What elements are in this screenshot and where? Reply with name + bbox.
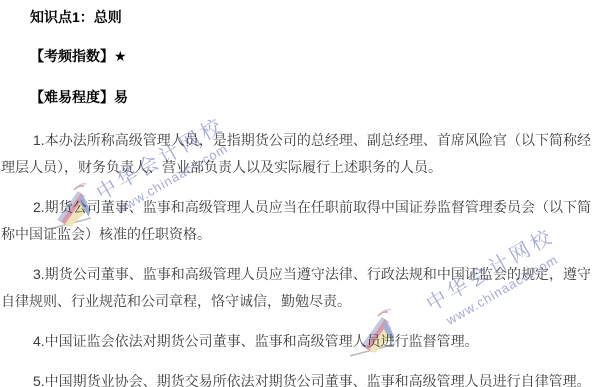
knowledge-point-title: 知识点1：总则 <box>30 8 593 27</box>
paragraph-3: 3.期货公司董事、监事和高级管理人员应当遵守法律、行政法规和中国证监会的规定，遵… <box>1 261 591 315</box>
paragraph-2: 2.期货公司董事、监事和高级管理人员应当在任职前取得中国证券监督管理委员会（以下… <box>1 194 591 248</box>
paragraph-1: 1.本办法所称高级管理人员，是指期货公司的总经理、副总经理、首席风险官（以下简称… <box>1 127 591 181</box>
document-content: 知识点1：总则 【考频指数】★ 【难易程度】易 1.本办法所称高级管理人员，是指… <box>0 0 593 387</box>
document-page: 中华会计网校 www.chinaacc.com 中华会计网校 www.china… <box>0 0 593 387</box>
exam-frequency-label: 【考频指数】★ <box>30 47 593 66</box>
paragraph-4: 4.中国证监会依法对期货公司董事、监事和高级管理人员进行监督管理。 <box>1 328 591 355</box>
paragraph-5: 5.中国期货业协会、期货交易所依法对期货公司董事、监事和高级管理人员进行自律管理… <box>1 368 591 387</box>
difficulty-label: 【难易程度】易 <box>30 88 593 107</box>
